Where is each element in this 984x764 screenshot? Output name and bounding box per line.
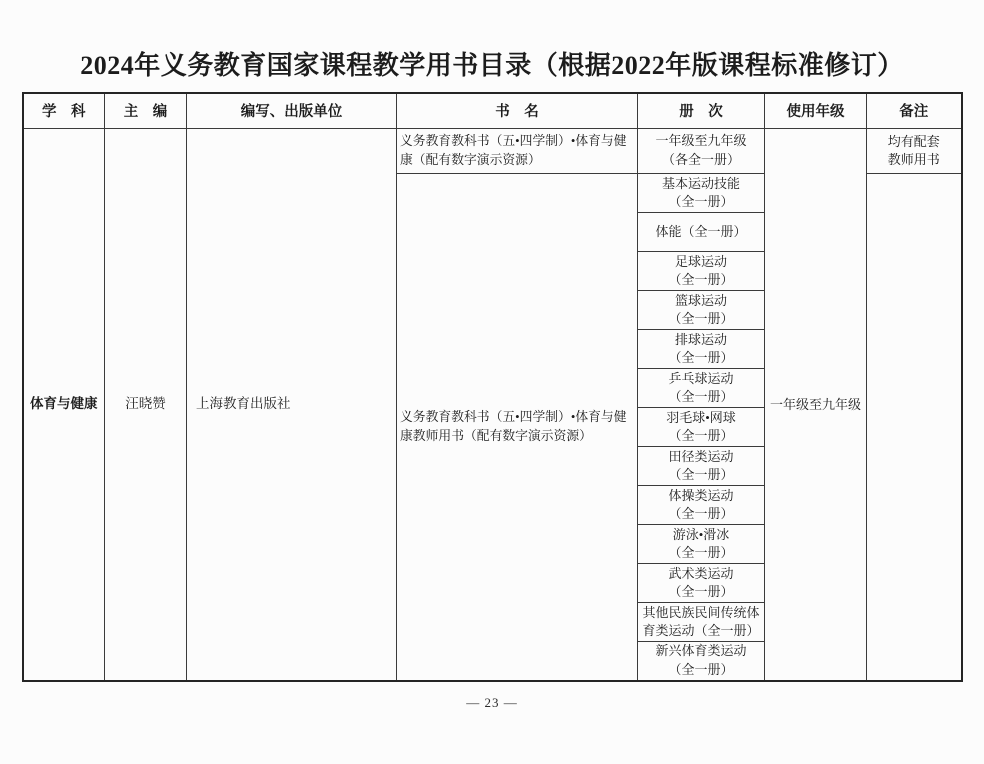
table-header-row: 学 科 主 编 编写、出版单位 书 名 册 次 使用年级 备注 — [23, 93, 962, 129]
volume-cell: 武术类运动 （全一册） — [638, 564, 765, 603]
publisher-cell: 上海教育出版社 — [187, 129, 397, 682]
col-header-book: 书 名 — [397, 93, 638, 129]
volume-cell: 新兴体育类运动 （全一册） — [638, 642, 765, 681]
col-header-note: 备注 — [867, 93, 962, 129]
page-title: 2024年义务教育国家课程教学用书目录（根据2022年版课程标准修订） — [0, 0, 984, 92]
subject-cell: 体育与健康 — [23, 129, 105, 682]
col-header-publisher: 编写、出版单位 — [187, 93, 397, 129]
volume-cell: 羽毛球•网球 （全一册） — [638, 408, 765, 447]
volume-cell: 足球运动 （全一册） — [638, 252, 765, 291]
editor-cell: 汪晓赞 — [105, 129, 187, 682]
volume-cell: 基本运动技能 （全一册） — [638, 174, 765, 213]
volume-cell: 乒乓球运动 （全一册） — [638, 369, 765, 408]
volume-cell: 体操类运动 （全一册） — [638, 486, 765, 525]
note-empty-cell — [867, 174, 962, 681]
grade-cell: 一年级至九年级 — [765, 129, 867, 682]
book-name-cell: 义务教育教科书（五•四学制）•体育与健康教师用书（配有数字演示资源） — [397, 174, 638, 681]
page-number: — 23 — — [0, 695, 984, 711]
col-header-volume: 册 次 — [638, 93, 765, 129]
volume-cell: 一年级至九年级 （各全一册） — [638, 129, 765, 174]
volume-cell: 田径类运动 （全一册） — [638, 447, 765, 486]
book-name-cell: 义务教育教科书（五•四学制）•体育与健康（配有数字演示资源） — [397, 129, 638, 174]
volume-cell: 篮球运动 （全一册） — [638, 291, 765, 330]
note-cell: 均有配套 教师用书 — [867, 129, 962, 174]
col-header-editor: 主 编 — [105, 93, 187, 129]
col-header-subject: 学 科 — [23, 93, 105, 129]
textbook-catalog-table: 学 科 主 编 编写、出版单位 书 名 册 次 使用年级 备注 体育与健康 汪晓… — [22, 92, 963, 683]
volume-cell: 游泳•滑冰 （全一册） — [638, 525, 765, 564]
volume-cell: 其他民族民间传统体育类运动（全一册） — [638, 603, 765, 642]
volume-cell: 体能（全一册） — [638, 213, 765, 252]
volume-cell: 排球运动 （全一册） — [638, 330, 765, 369]
document-page: 2024年义务教育国家课程教学用书目录（根据2022年版课程标准修订） 学 科 … — [0, 0, 984, 764]
col-header-grade: 使用年级 — [765, 93, 867, 129]
table-row: 体育与健康 汪晓赞 上海教育出版社 义务教育教科书（五•四学制）•体育与健康（配… — [23, 129, 962, 174]
